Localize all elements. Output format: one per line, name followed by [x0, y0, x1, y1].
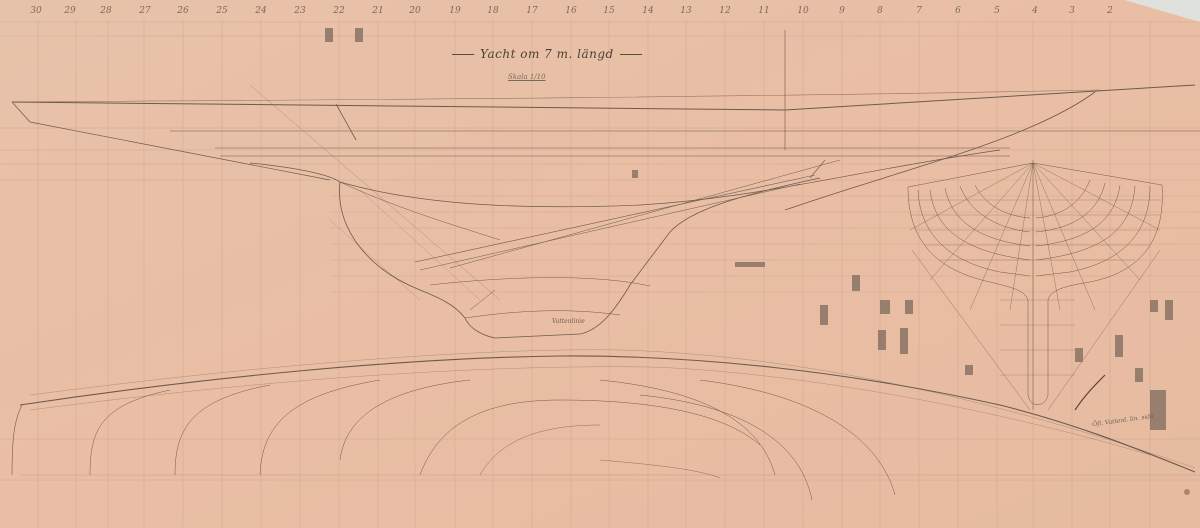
drawing-scale: Skala 1/10 — [508, 73, 546, 81]
station-label: 4 — [1032, 6, 1038, 16]
station-label: 17 — [526, 6, 537, 16]
station-label: 8 — [877, 6, 883, 16]
station-label: 15 — [603, 6, 614, 16]
station-label: 9 — [839, 6, 845, 16]
lines-plan-sheet: 30 29 28 27 26 25 24 23 22 21 20 19 18 1… — [0, 0, 1200, 528]
station-label: 2 — [1107, 6, 1113, 16]
station-label: 10 — [797, 6, 808, 16]
station-label: 30 — [30, 6, 41, 16]
drawing-title: Yacht om 7 m. längd — [446, 47, 648, 61]
station-label: 5 — [994, 6, 1000, 16]
station-label: 6 — [955, 6, 961, 16]
station-label: 20 — [409, 6, 420, 16]
station-label: 25 — [216, 6, 227, 16]
station-label: 7 — [916, 6, 922, 16]
station-label: 3 — [1069, 6, 1075, 16]
station-label: 18 — [487, 6, 498, 16]
station-label: 16 — [565, 6, 576, 16]
station-label: 24 — [255, 6, 266, 16]
station-label: 23 — [294, 6, 305, 16]
station-label: 13 — [680, 6, 691, 16]
station-label: 12 — [719, 6, 730, 16]
station-label: 27 — [139, 6, 150, 16]
station-label: 21 — [372, 6, 383, 16]
station-label: 19 — [449, 6, 460, 16]
keel-note: Vattenlinie — [552, 318, 585, 325]
station-label: 29 — [64, 6, 75, 16]
station-label: 26 — [177, 6, 188, 16]
station-label: 11 — [758, 6, 769, 16]
paper-sheet — [0, 0, 1200, 528]
station-label: 28 — [100, 6, 111, 16]
drawing-paper — [0, 0, 1200, 528]
station-label: 22 — [333, 6, 344, 16]
station-label: 14 — [642, 6, 653, 16]
